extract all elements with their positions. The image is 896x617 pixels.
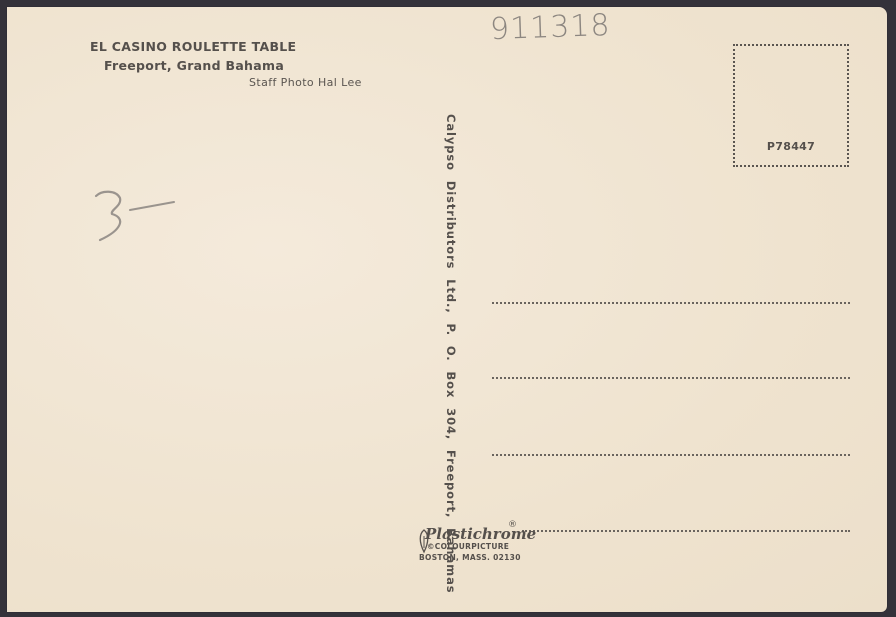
address-line-2 — [492, 377, 850, 379]
logo-city: BOSTON, MASS. 02130 — [419, 553, 527, 562]
caption-title: EL CASINO ROULETTE TABLE — [90, 39, 296, 54]
pencil-mark-icon — [92, 180, 182, 245]
address-line-1 — [492, 302, 850, 304]
photo-credit: Staff Photo Hal Lee — [249, 76, 362, 89]
address-line-4 — [522, 530, 850, 532]
logo-colourpicture: ©COLOURPICTURE — [427, 542, 527, 551]
printer-logo: Plastichrome ® ©COLOURPICTURE BOSTON, MA… — [417, 524, 527, 562]
publisher-address: Calypso Distributors Ltd., P. O. Box 304… — [444, 114, 458, 593]
handwritten-catalog-number: 911318 — [489, 8, 611, 47]
address-line-3 — [492, 454, 850, 456]
handwritten-mark — [92, 180, 182, 250]
stamp-code: P78447 — [735, 140, 847, 153]
caption-location: Freeport, Grand Bahama — [104, 58, 284, 73]
stamp-placement-box: P78447 — [733, 44, 849, 167]
registered-mark: ® — [508, 520, 517, 530]
logo-brand: Plastichrome — [425, 525, 536, 543]
